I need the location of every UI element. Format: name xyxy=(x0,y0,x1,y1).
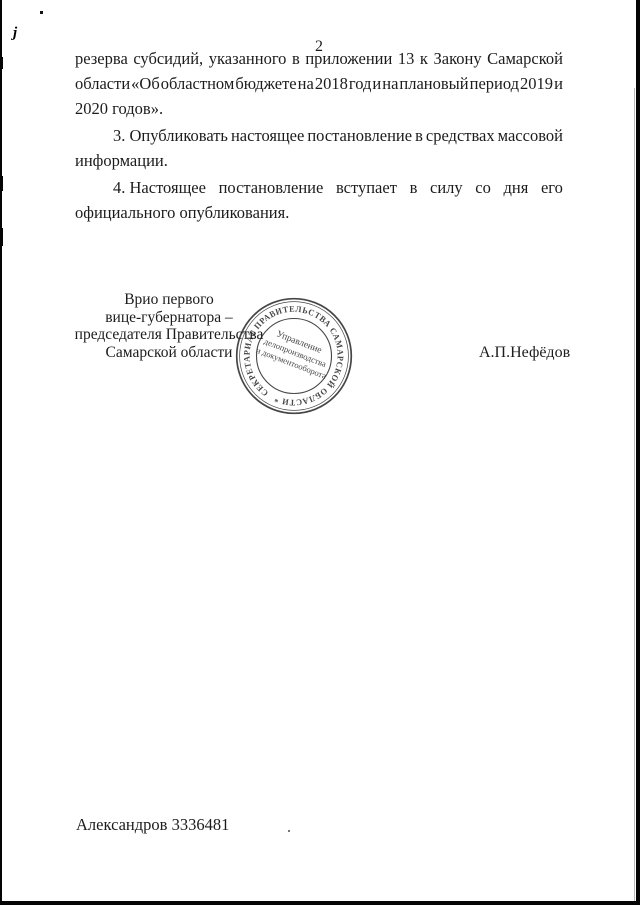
word: в xyxy=(292,46,300,71)
scan-line xyxy=(634,88,635,904)
word: в xyxy=(415,123,423,148)
scan-artifact-dot xyxy=(288,830,290,832)
word: силу xyxy=(430,175,463,200)
scan-edge-bottom xyxy=(0,901,640,905)
scan-artifact xyxy=(0,176,3,191)
scan-artifact xyxy=(0,297,2,335)
word: период xyxy=(470,71,519,96)
word: бюджете xyxy=(235,71,296,96)
word: средствах xyxy=(426,123,495,148)
word: год xyxy=(349,71,372,96)
word: к xyxy=(420,46,428,71)
scan-artifact xyxy=(0,428,2,458)
word: 3. Опубликовать xyxy=(113,123,228,148)
text-line: официального опубликования. xyxy=(75,200,563,225)
scan-edge-right xyxy=(636,0,640,905)
word: области xyxy=(75,71,130,96)
paragraph: 4. Настоящеепостановлениевступаетвсилусо… xyxy=(75,175,563,225)
word: приложении xyxy=(305,46,392,71)
word: плановый xyxy=(399,71,468,96)
word: на xyxy=(382,71,398,96)
word: Самарской xyxy=(487,46,563,71)
text-line: 4. Настоящеепостановлениевступаетвсилусо… xyxy=(75,175,563,200)
word: и xyxy=(372,71,381,96)
signatory-name: А.П.Нефёдов xyxy=(479,344,570,362)
word: 2019 xyxy=(520,71,553,96)
text-line: 3. Опубликоватьнастоящеепостановлениевср… xyxy=(75,123,563,148)
word: постановление xyxy=(219,175,324,200)
word: 13 xyxy=(398,46,415,71)
word: вступает xyxy=(336,175,397,200)
word: 4. Настоящее xyxy=(113,175,206,200)
word: «Об xyxy=(131,71,160,96)
word: в xyxy=(410,175,418,200)
scan-artifact-dot xyxy=(40,11,43,14)
word: на xyxy=(298,71,314,96)
word: резерва xyxy=(75,46,128,71)
word: 2018 xyxy=(315,71,348,96)
text-line: информации. xyxy=(75,148,563,173)
executor-reference: Александров 3336481 xyxy=(76,815,229,835)
paragraph: 3. Опубликоватьнастоящеепостановлениевср… xyxy=(75,123,563,173)
word: его xyxy=(541,175,563,200)
official-stamp: СЕКРЕТАРИАТ ПРАВИТЕЛЬСТВА САМАРСКОЙ ОБЛА… xyxy=(233,295,355,417)
scan-artifact xyxy=(0,384,2,420)
text-line: резервасубсидий,указанноговприложении13к… xyxy=(75,46,563,71)
word: субсидий, xyxy=(133,46,203,71)
text-line: 2020 годов». xyxy=(75,96,563,121)
paragraph: резервасубсидий,указанноговприложении13к… xyxy=(75,46,563,121)
handwritten-mark: ј xyxy=(13,25,17,42)
scan-artifact xyxy=(0,57,3,69)
word: Закону xyxy=(433,46,481,71)
document-page: ј 2 резервасубсидий,указанноговприложени… xyxy=(0,0,640,905)
word: областном xyxy=(161,71,235,96)
word: настоящее xyxy=(231,123,304,148)
word: указанного xyxy=(209,46,287,71)
scan-artifact xyxy=(0,228,3,246)
word: массовой xyxy=(498,123,563,148)
text-line: области«Обобластномбюджетена2018годинапл… xyxy=(75,71,563,96)
word: и xyxy=(554,71,563,96)
word: дня xyxy=(504,175,529,200)
word: постановление xyxy=(307,123,412,148)
word: со xyxy=(475,175,491,200)
body-text: резервасубсидий,указанноговприложении13к… xyxy=(75,46,563,225)
